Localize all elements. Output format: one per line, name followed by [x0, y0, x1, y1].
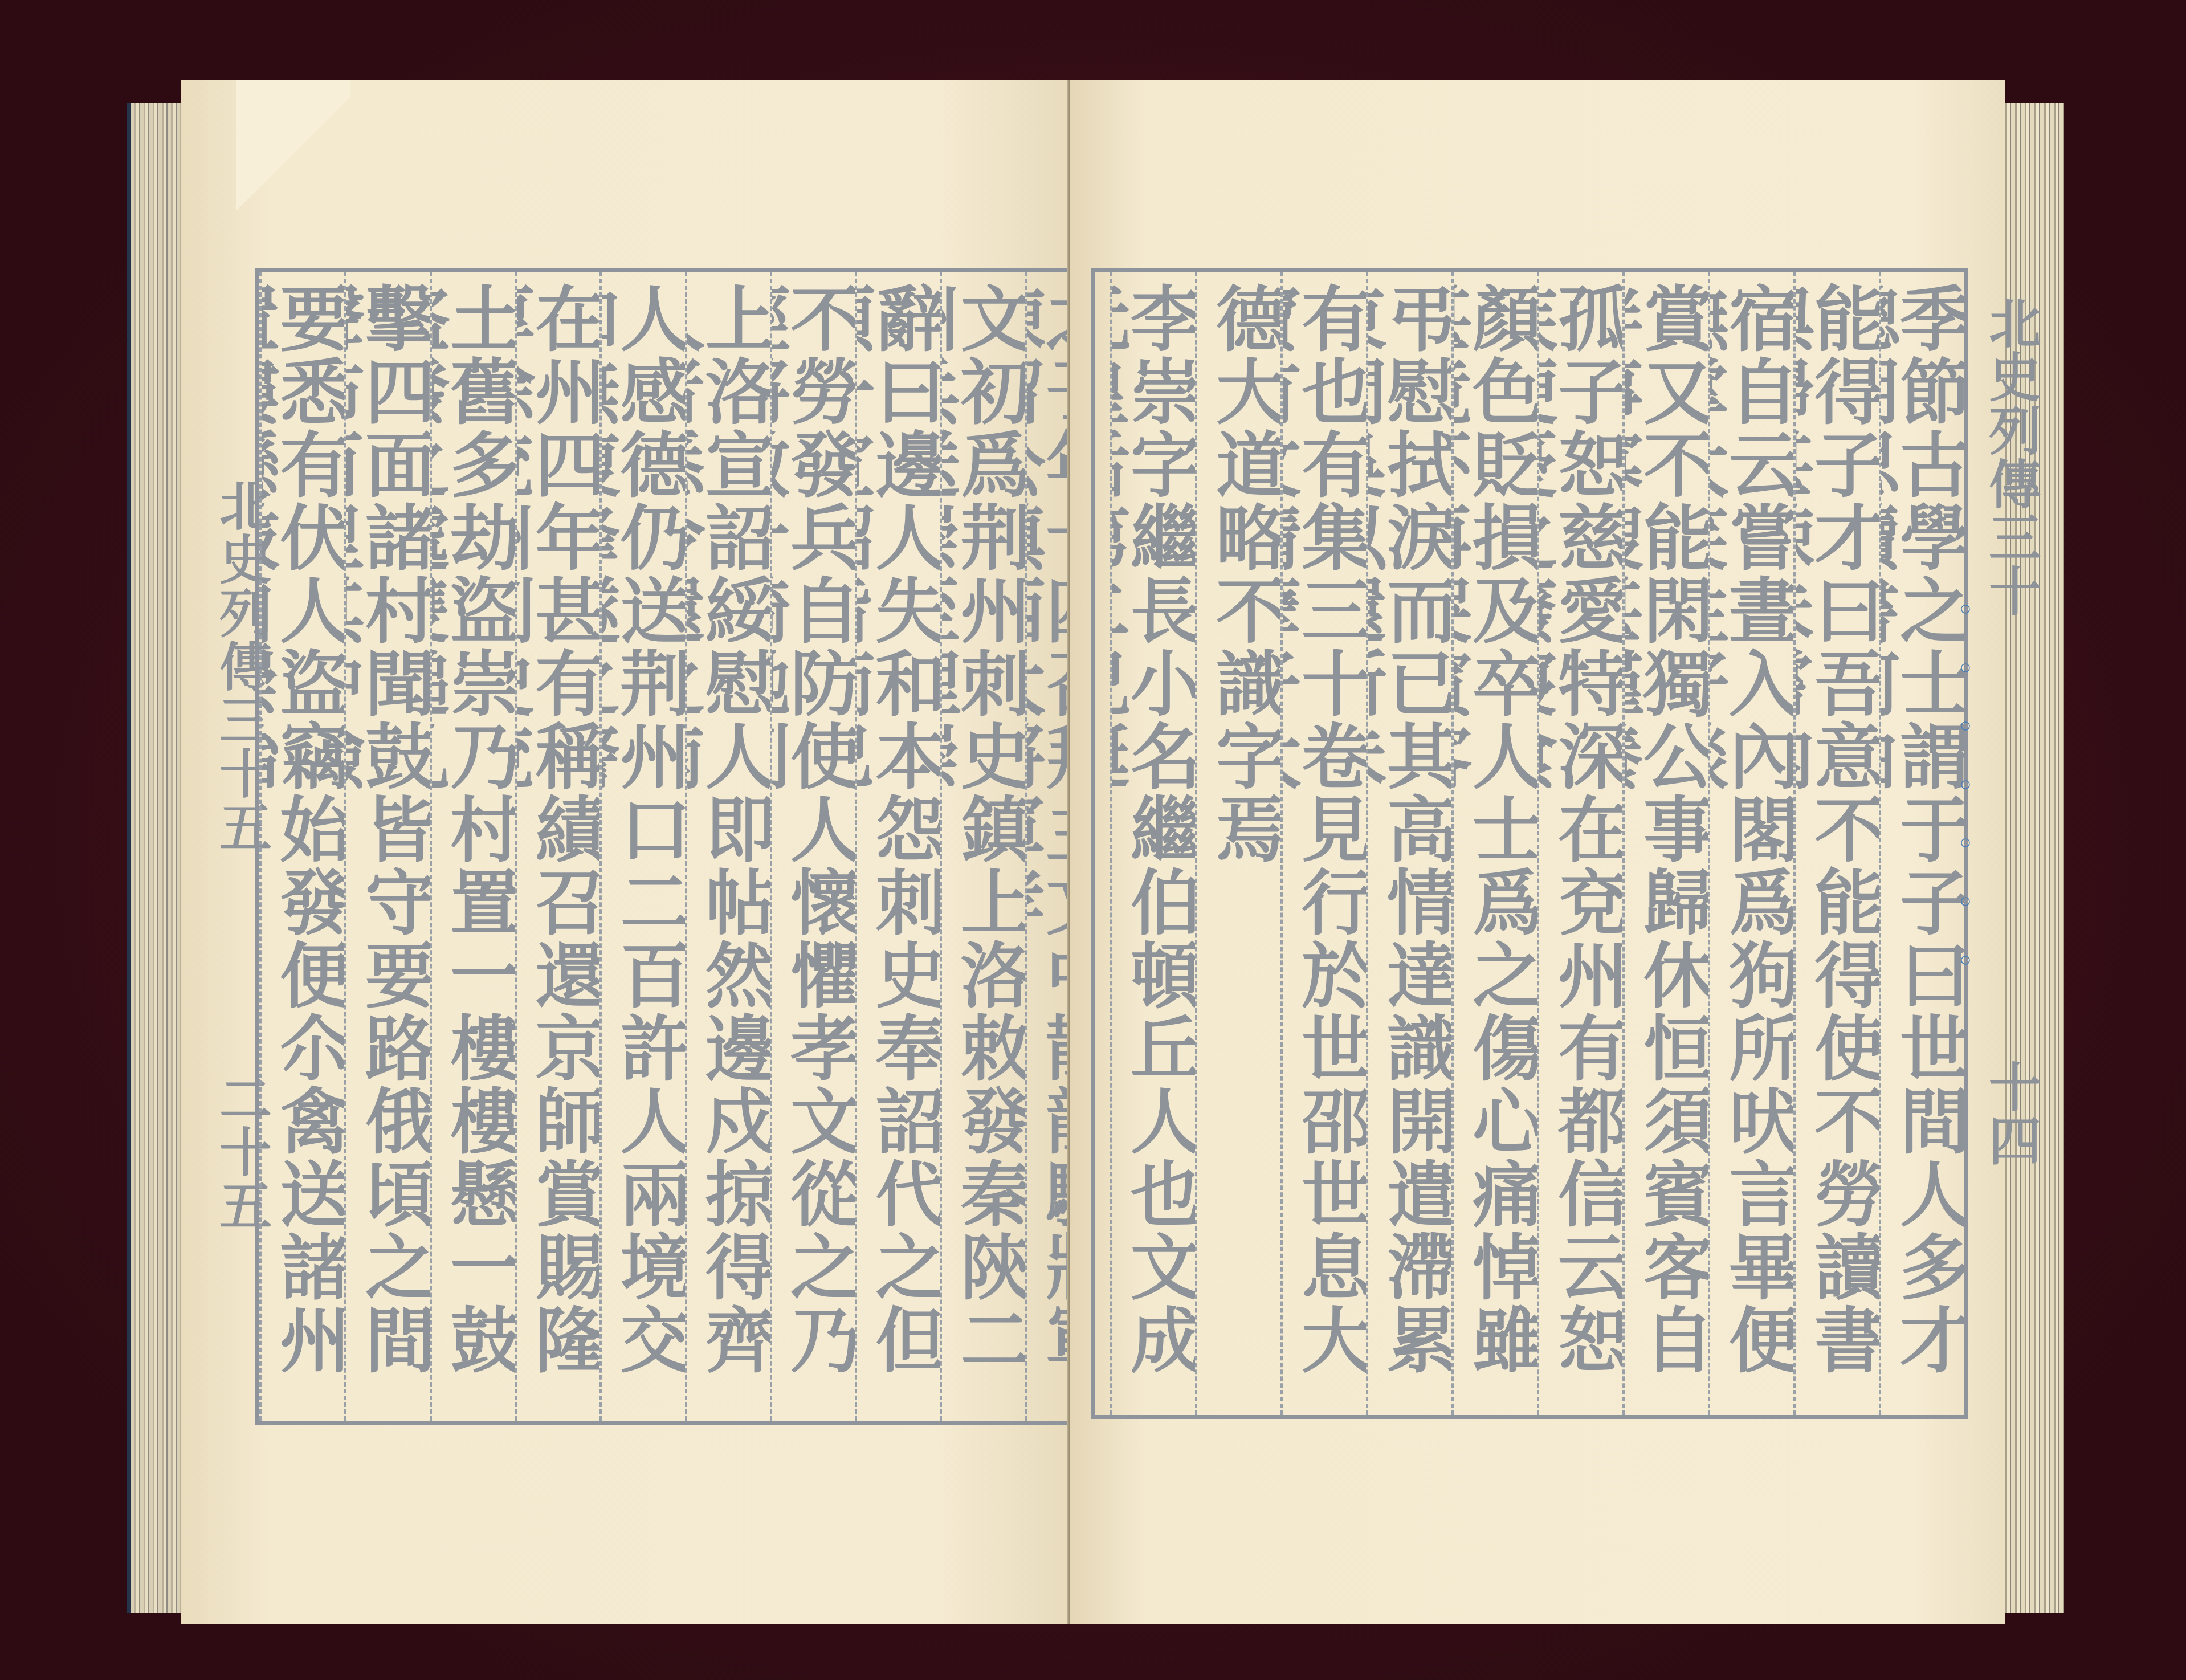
text-column: 文初爲荆州刺史鎮上洛敕發秦陝二州兵送崇至理崇 [940, 272, 1025, 1421]
text-column: 孤子恕慈愛特深在兗州有都信云恕疾便憂之廢寢食 [1537, 272, 1622, 1415]
left-page-stack [127, 103, 188, 1613]
text-column: 有也有集三十卷見行於世邵世息大寶有文情孽子大 [1280, 272, 1366, 1415]
text-column: 弔慰拭淚而已其高情達識開遣滯累東門吳以還所未 [1366, 272, 1451, 1415]
text-column: 人感德仍送荆州口二百許人兩境交和無復烽燧之警 [599, 272, 684, 1421]
text-column: 土舊多劫盜崇乃村置一樓樓懸一鼓盜發之處雙槌亂 [430, 272, 515, 1421]
right-text-columns: 季節古學之士謂于子曰世間人多才聰明思讀書何由 能得子才曰吾意不能得使不勞讀書與婦… [1095, 272, 1964, 1415]
text-column: 擊四面諸村聞鼓皆守要路俄頃之間聲布百里其中險 [344, 272, 429, 1421]
blue-annotation-circles: ◦◦◦◦◦◦◦ [1956, 581, 1975, 990]
left-page: 北史列傳三十五 二十五 之子年十四召拜主文中散龍驤將軍陳留公鎮西大將軍孝 文初爲… [181, 80, 1070, 1624]
text-column: 宿自云嘗晝入內閣爲狗所吠言畢便撫掌大笑性好談 [1708, 272, 1793, 1415]
left-text-frame: 之子年十四召拜主文中散龍驤將軍陳留公鎮西大將軍孝 文初爲荆州刺史鎮上洛敕發秦陝二… [255, 268, 1110, 1425]
text-column: 上洛宣詔綏慰人即帖然邊戍掠得齊人者悉令還之南 [685, 272, 770, 1421]
text-column: 顏色貶損及卒人士爲之傷心痛悼雖甚竟不再哭賓客 [1451, 272, 1537, 1415]
right-text-frame: 季節古學之士謂于子曰世間人多才聰明思讀書何由 能得子才曰吾意不能得使不勞讀書與婦… [1091, 268, 1968, 1419]
text-column: 能得子才曰吾意不能得使不勞讀書與婦甚疎未嘗內 [1793, 272, 1879, 1415]
text-column: 李崇字繼長小名繼伯頓丘人也文成元皇后第二兄誕 [1110, 272, 1195, 1415]
open-book: 北史列傳三十五 二十五 之子年十四召拜主文中散龍驤將軍陳留公鎮西大將軍孝 文初爲… [127, 80, 2064, 1630]
text-column: 不勞發兵自防使人懷懼孝文從之乃輕將數十騎馳到 [770, 272, 855, 1421]
text-column: 賞又不能閑獨公事歸休恒須賓客自伴事寡嫂甚謹養 [1622, 272, 1708, 1415]
text-column: 在州四年甚有稱績召還京師賞賜隆厚除兗州刺史兗 [515, 272, 599, 1421]
folded-corner [236, 80, 350, 228]
right-page: 季節古學之士謂于子曰世間人多才聰明思讀書何由 能得子才曰吾意不能得使不勞讀書與婦… [1070, 80, 2005, 1624]
text-column: 要悉有伏人盜竊始發便尒禽送諸州置樓懸鼓自崇始 [259, 272, 344, 1421]
text-column: 季節古學之士謂于子曰世間人多才聰明思讀書何由 [1879, 272, 1964, 1415]
right-margin-title: 北史列傳三十 [1973, 296, 2049, 618]
text-column: 辭曰邊人失和本怨刺史奉詔代之但須一宣詔旨而已 [855, 272, 940, 1421]
right-margin-page-number: 十四 [1973, 1060, 2049, 1167]
left-text-columns: 之子年十四召拜主文中散龍驤將軍陳留公鎮西大將軍孝 文初爲荆州刺史鎮上洛敕發秦陝二… [259, 272, 1110, 1421]
text-column: 德大道略不識字焉 [1195, 272, 1280, 1415]
